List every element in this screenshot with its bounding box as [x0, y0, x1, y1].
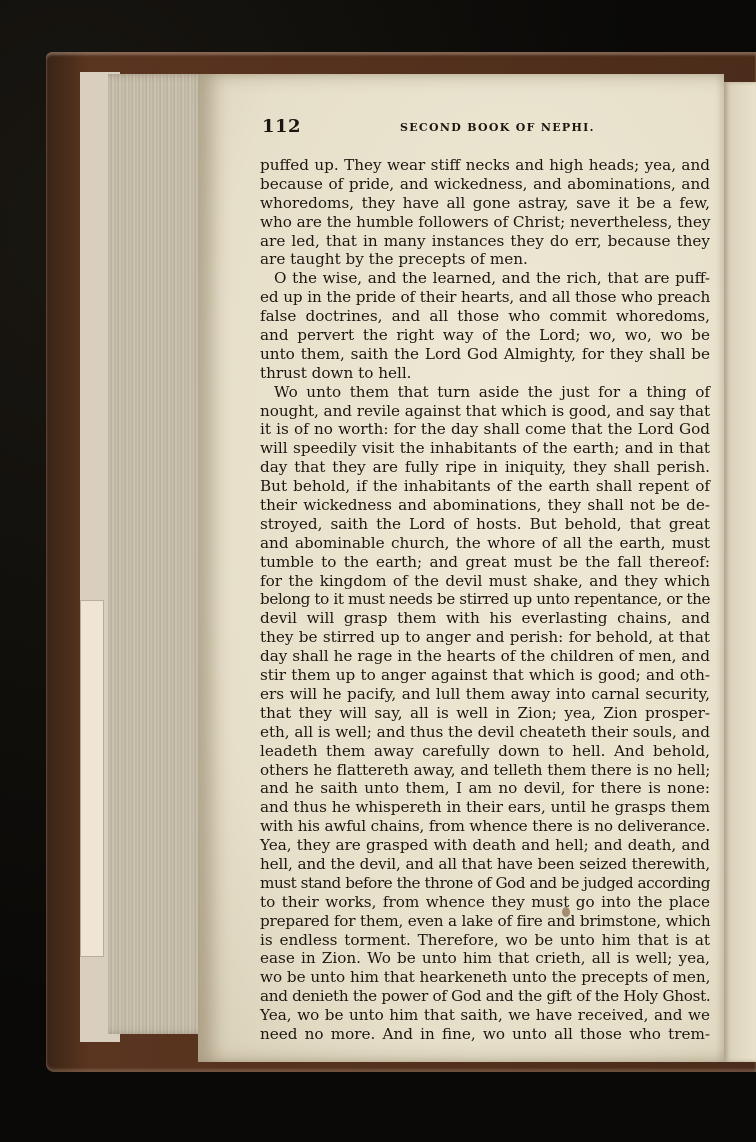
text-line: who are the humble followers of Christ; …: [260, 213, 710, 232]
page-number: 112: [262, 116, 301, 137]
text-line: and abominable church, the whore of all …: [260, 534, 710, 553]
text-line: will speedily visit the inhabitants of t…: [260, 439, 710, 458]
text-line: must stand before the throne of God and …: [260, 874, 710, 893]
text-line: nought, and revile against that which is…: [260, 402, 710, 421]
text-line: others he flattereth away, and telleth t…: [260, 761, 710, 780]
text-line: ease in Zion. Wo be unto him that crieth…: [260, 949, 710, 968]
text-line: for the kingdom of the devil must shake,…: [260, 572, 710, 591]
text-line: Yea, they are grasped with death and hel…: [260, 836, 710, 855]
text-line: and thus he whispereth in their ears, un…: [260, 798, 710, 817]
text-line: because of pride, and wickedness, and ab…: [260, 175, 710, 194]
page-edges: [108, 74, 208, 1034]
text-line: hell, and the devil, and all that have b…: [260, 855, 710, 874]
text-line: tumble to the earth; and great must be t…: [260, 553, 710, 572]
text-line: O the wise, and the learned, and the ric…: [260, 269, 710, 288]
body-text: puffed up. They wear stiff necks and hig…: [260, 156, 710, 1044]
text-line: are led, that in many instances they do …: [260, 232, 710, 251]
ink-stain: [562, 907, 570, 917]
text-line: Wo unto them that turn aside the just fo…: [260, 383, 710, 402]
text-line: and he saith unto them, I am no devil, f…: [260, 779, 710, 798]
text-line: day that they are fully ripe in iniquity…: [260, 458, 710, 477]
text-line: need no more. And in fine, wo unto all t…: [260, 1025, 710, 1044]
text-line: eth, all is well; and thus the devil che…: [260, 723, 710, 742]
text-line: unto them, saith the Lord God Almighty, …: [260, 345, 710, 364]
text-line: leadeth them away carefully down to hell…: [260, 742, 710, 761]
text-line: is endless torment. Therefore, wo be unt…: [260, 931, 710, 950]
text-line: whoredoms, they have all gone astray, sa…: [260, 194, 710, 213]
text-line: belong to it must needs be stirred up un…: [260, 590, 710, 609]
text-line: false doctrines, and all those who commi…: [260, 307, 710, 326]
text-line: stroyed, saith the Lord of hosts. But be…: [260, 515, 710, 534]
text-line: day shall he rage in the hearts of the c…: [260, 647, 710, 666]
facing-page-edge: [724, 82, 756, 1062]
text-line: they be stirred up to anger and perish: …: [260, 628, 710, 647]
text-line: ed up in the pride of their hearts, and …: [260, 288, 710, 307]
text-line: that they will say, all is well in Zion;…: [260, 704, 710, 723]
text-line: are taught by the precepts of men.: [260, 250, 710, 269]
text-line: it is of no worth: for the day shall com…: [260, 420, 710, 439]
text-line: But behold, if the inhabitants of the ea…: [260, 477, 710, 496]
page-header: 112 SECOND BOOK OF NEPHI.: [262, 116, 710, 138]
text-line: wo be unto him that hearkeneth unto the …: [260, 968, 710, 987]
text-line: devil will grasp them with his everlasti…: [260, 609, 710, 628]
text-line: and denieth the power of God and the gif…: [260, 987, 710, 1006]
text-line: stir them up to anger against that which…: [260, 666, 710, 685]
text-line: Yea, wo be unto him that saith, we have …: [260, 1006, 710, 1025]
text-line: puffed up. They wear stiff necks and hig…: [260, 156, 710, 175]
running-head: SECOND BOOK OF NEPHI.: [400, 121, 595, 134]
text-line: to their works, from whence they must go…: [260, 893, 710, 912]
text-line: prepared for them, even a lake of fire a…: [260, 912, 710, 931]
text-line: their wickedness and abominations, they …: [260, 496, 710, 515]
text-line: thrust down to hell.: [260, 364, 710, 383]
text-line: ers will he pacify, and lull them away i…: [260, 685, 710, 704]
text-line: and pervert the right way of the Lord; w…: [260, 326, 710, 345]
endpaper-label: [80, 600, 104, 957]
text-line: with his awful chains, from whence there…: [260, 817, 710, 836]
